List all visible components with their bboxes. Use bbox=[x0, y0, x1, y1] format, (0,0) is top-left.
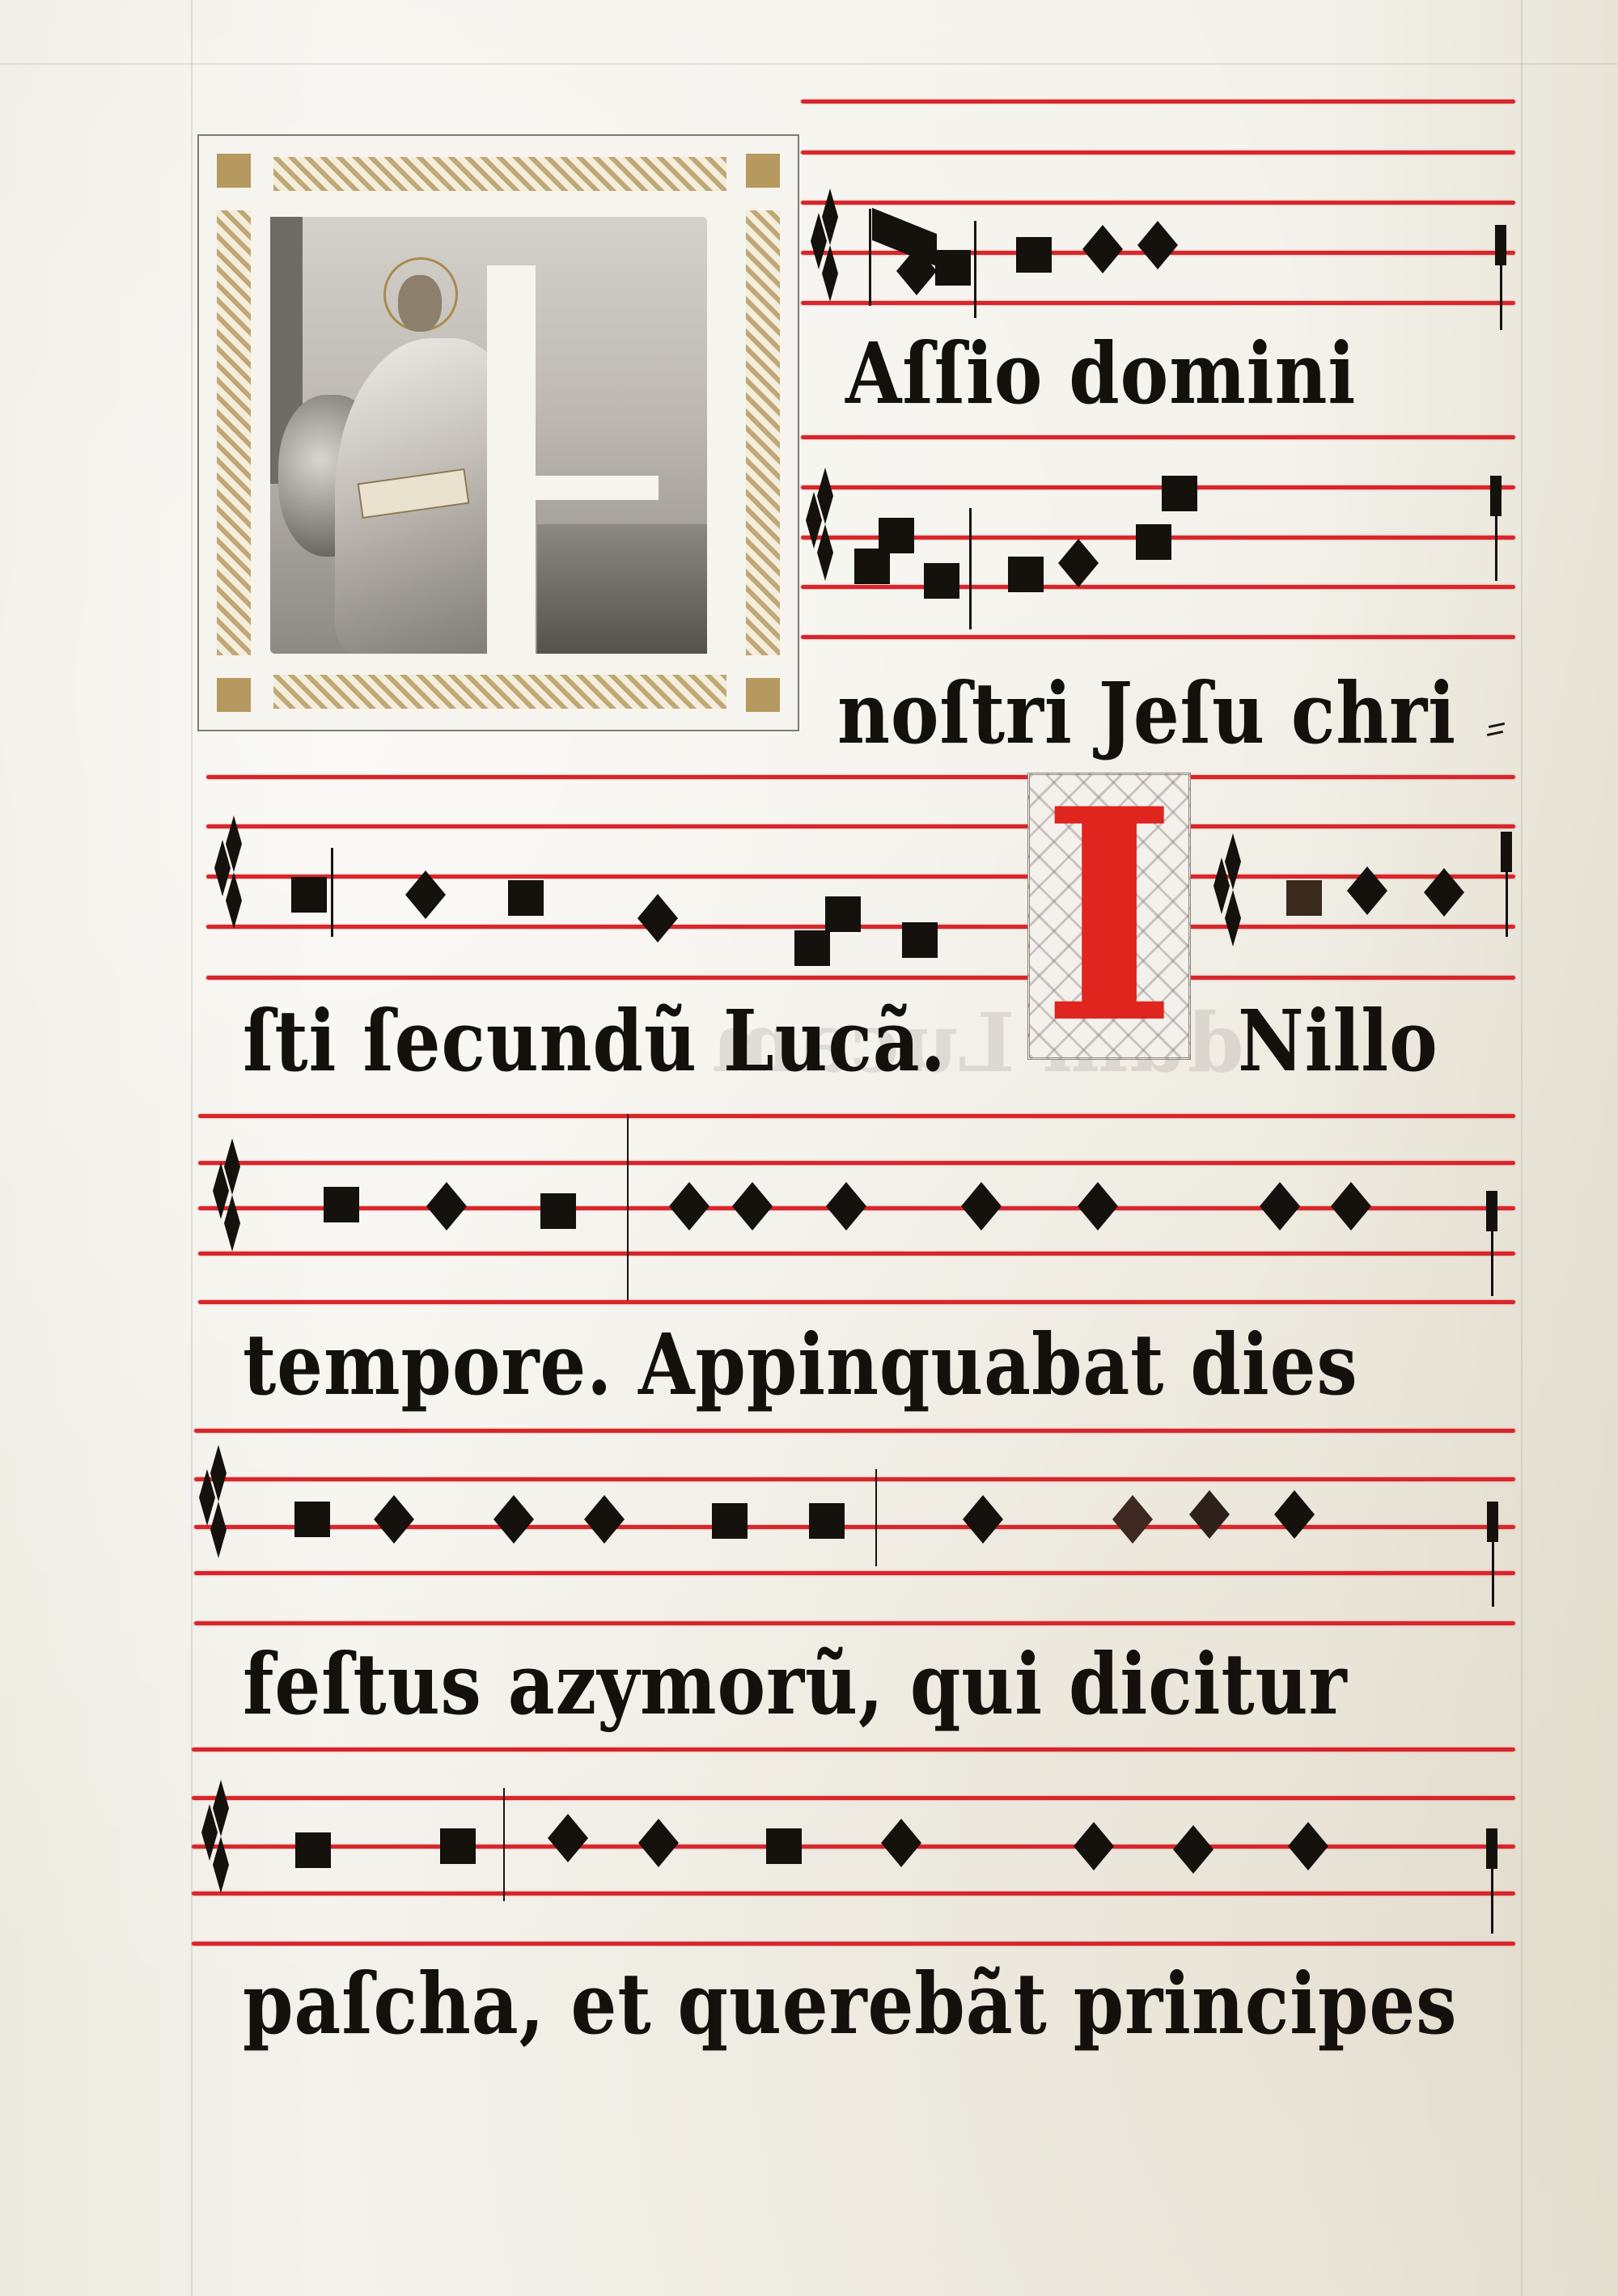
neume-diamond bbox=[1074, 1822, 1114, 1870]
lyric-line-1: Aſſio domini bbox=[845, 332, 1356, 416]
neume-square bbox=[508, 880, 544, 916]
neume-square bbox=[854, 549, 890, 584]
lyric-line-3b: Nillo bbox=[1238, 999, 1438, 1083]
saint-head bbox=[398, 275, 442, 332]
neume-diamond bbox=[1189, 1490, 1230, 1539]
saint-luke-scene bbox=[270, 217, 707, 654]
neume-diamond bbox=[1058, 539, 1099, 587]
neume-diamond bbox=[1173, 1825, 1213, 1874]
gilt-border-top bbox=[273, 157, 726, 191]
c-clef-icon bbox=[214, 815, 242, 937]
neume-square bbox=[924, 563, 959, 599]
neume-square bbox=[1008, 557, 1044, 592]
neume-diamond bbox=[638, 1819, 679, 1867]
neume-diamond bbox=[1288, 1822, 1328, 1870]
letter-p-bowl bbox=[529, 476, 659, 500]
lyric-line-2: noſtri Jeſu chri bbox=[837, 671, 1456, 756]
neume-diamond bbox=[426, 1182, 467, 1231]
neume-diamond bbox=[826, 1182, 866, 1231]
historiated-initial-miniature bbox=[197, 134, 799, 731]
gilt-border-left bbox=[217, 210, 251, 655]
neume-square bbox=[540, 1193, 576, 1229]
custos-icon bbox=[1486, 1828, 1497, 1869]
c-clef-icon bbox=[1213, 833, 1241, 955]
letter-p-stem bbox=[487, 265, 536, 654]
neume-diamond bbox=[963, 1495, 1003, 1544]
c-clef-icon bbox=[201, 1780, 229, 1901]
margin-ruling-top bbox=[0, 63, 1618, 65]
c-clef-icon bbox=[213, 1138, 240, 1260]
neume-diamond bbox=[669, 1182, 709, 1231]
neume-diamond bbox=[493, 1495, 534, 1544]
neume-diamond bbox=[961, 1182, 1002, 1231]
neume-square bbox=[295, 1832, 331, 1868]
manuscript-page: dum Lucam bbox=[0, 0, 1618, 2296]
neume-square bbox=[712, 1503, 748, 1539]
neume-square bbox=[440, 1828, 476, 1864]
custos-icon bbox=[1495, 225, 1506, 265]
gilt-border-right bbox=[746, 210, 780, 655]
gilt-border-bottom bbox=[273, 675, 726, 709]
staff-2 bbox=[801, 435, 1515, 639]
neume-diamond bbox=[1274, 1490, 1315, 1539]
neume-square bbox=[902, 922, 938, 958]
staff-3 bbox=[206, 775, 1515, 979]
staff-5 bbox=[194, 1429, 1515, 1626]
neume-square bbox=[324, 1187, 359, 1222]
neume-diamond bbox=[584, 1495, 625, 1544]
custos-icon bbox=[1501, 832, 1512, 872]
neume-diamond bbox=[1331, 1182, 1371, 1231]
staff-1 bbox=[801, 100, 1515, 303]
neume-square bbox=[1162, 476, 1197, 511]
stairs bbox=[537, 524, 707, 654]
neume-square bbox=[935, 250, 971, 286]
lyric-line-4: tempore. Appinquabat dies bbox=[243, 1323, 1358, 1407]
neume-square bbox=[291, 877, 327, 913]
gilt-corner bbox=[217, 678, 251, 712]
initial-letter: I bbox=[1030, 775, 1188, 1057]
lyric-line-3a: ſti ſecundũ Lucã. bbox=[243, 999, 947, 1083]
neume-oblique bbox=[872, 208, 937, 266]
neume-diamond bbox=[1112, 1495, 1153, 1544]
c-clef-icon bbox=[811, 189, 838, 310]
neume-diamond bbox=[1260, 1182, 1300, 1231]
custos-icon bbox=[1486, 1191, 1497, 1231]
gilt-corner bbox=[746, 678, 780, 712]
neume-diamond bbox=[1078, 1182, 1118, 1231]
hyphen-mark bbox=[1489, 722, 1505, 728]
neume-square bbox=[1136, 524, 1171, 560]
hyphen-mark bbox=[1487, 731, 1503, 736]
neume-diamond bbox=[1137, 221, 1178, 269]
neume-diamond bbox=[637, 894, 678, 943]
neume-square bbox=[794, 930, 830, 966]
neume-square bbox=[809, 1503, 845, 1539]
neume-diamond bbox=[548, 1814, 588, 1862]
neume-diamond bbox=[1082, 225, 1123, 273]
neume-square bbox=[1286, 880, 1322, 916]
gilt-corner bbox=[217, 154, 251, 188]
margin-ruling-right bbox=[1521, 0, 1523, 2296]
lyric-line-5: feſtus azymorũ, qui dicitur bbox=[243, 1642, 1347, 1726]
neume-diamond bbox=[1347, 866, 1387, 915]
gilt-corner bbox=[746, 154, 780, 188]
c-clef-icon bbox=[199, 1445, 227, 1566]
custos-icon bbox=[1490, 476, 1502, 516]
neume-square bbox=[294, 1502, 330, 1537]
neume-square bbox=[825, 896, 861, 932]
neume-square bbox=[766, 1828, 802, 1864]
lyric-line-6: paſcha, et querebãt principes bbox=[243, 1962, 1457, 2046]
decorated-initial-i: I bbox=[1027, 773, 1191, 1060]
staff-6 bbox=[192, 1747, 1515, 1947]
neume-square bbox=[879, 518, 914, 553]
c-clef-icon bbox=[806, 468, 833, 589]
neume-diamond bbox=[374, 1495, 414, 1544]
neume-square bbox=[1016, 237, 1052, 273]
staff-4 bbox=[198, 1114, 1515, 1305]
margin-ruling-left bbox=[191, 0, 193, 2296]
neume-diamond bbox=[732, 1182, 773, 1231]
neume-diamond bbox=[881, 1819, 921, 1867]
custos-icon bbox=[1487, 1502, 1498, 1542]
